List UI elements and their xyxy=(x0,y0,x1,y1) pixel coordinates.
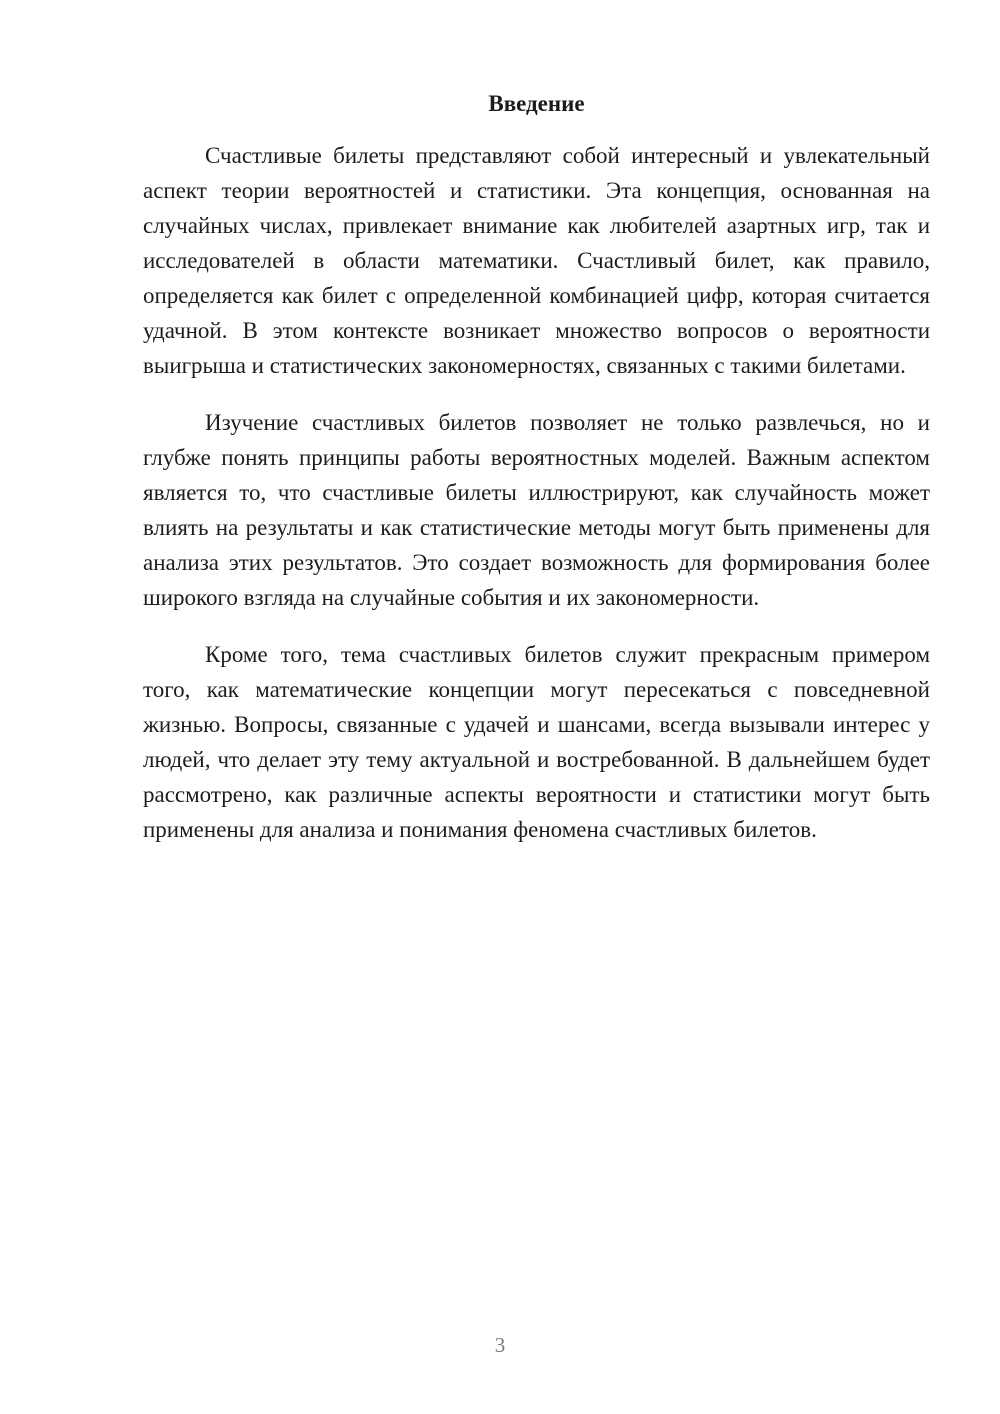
paragraph: Счастливые билеты представляют собой инт… xyxy=(143,138,930,383)
document-page: Введение Счастливые билеты представляют … xyxy=(0,0,1000,1414)
paragraph: Кроме того, тема счастливых билетов служ… xyxy=(143,637,930,847)
page-content: Введение Счастливые билеты представляют … xyxy=(143,86,930,869)
page-number: 3 xyxy=(0,1330,1000,1360)
section-title: Введение xyxy=(143,86,930,121)
paragraph: Изучение счастливых билетов позволяет не… xyxy=(143,405,930,615)
